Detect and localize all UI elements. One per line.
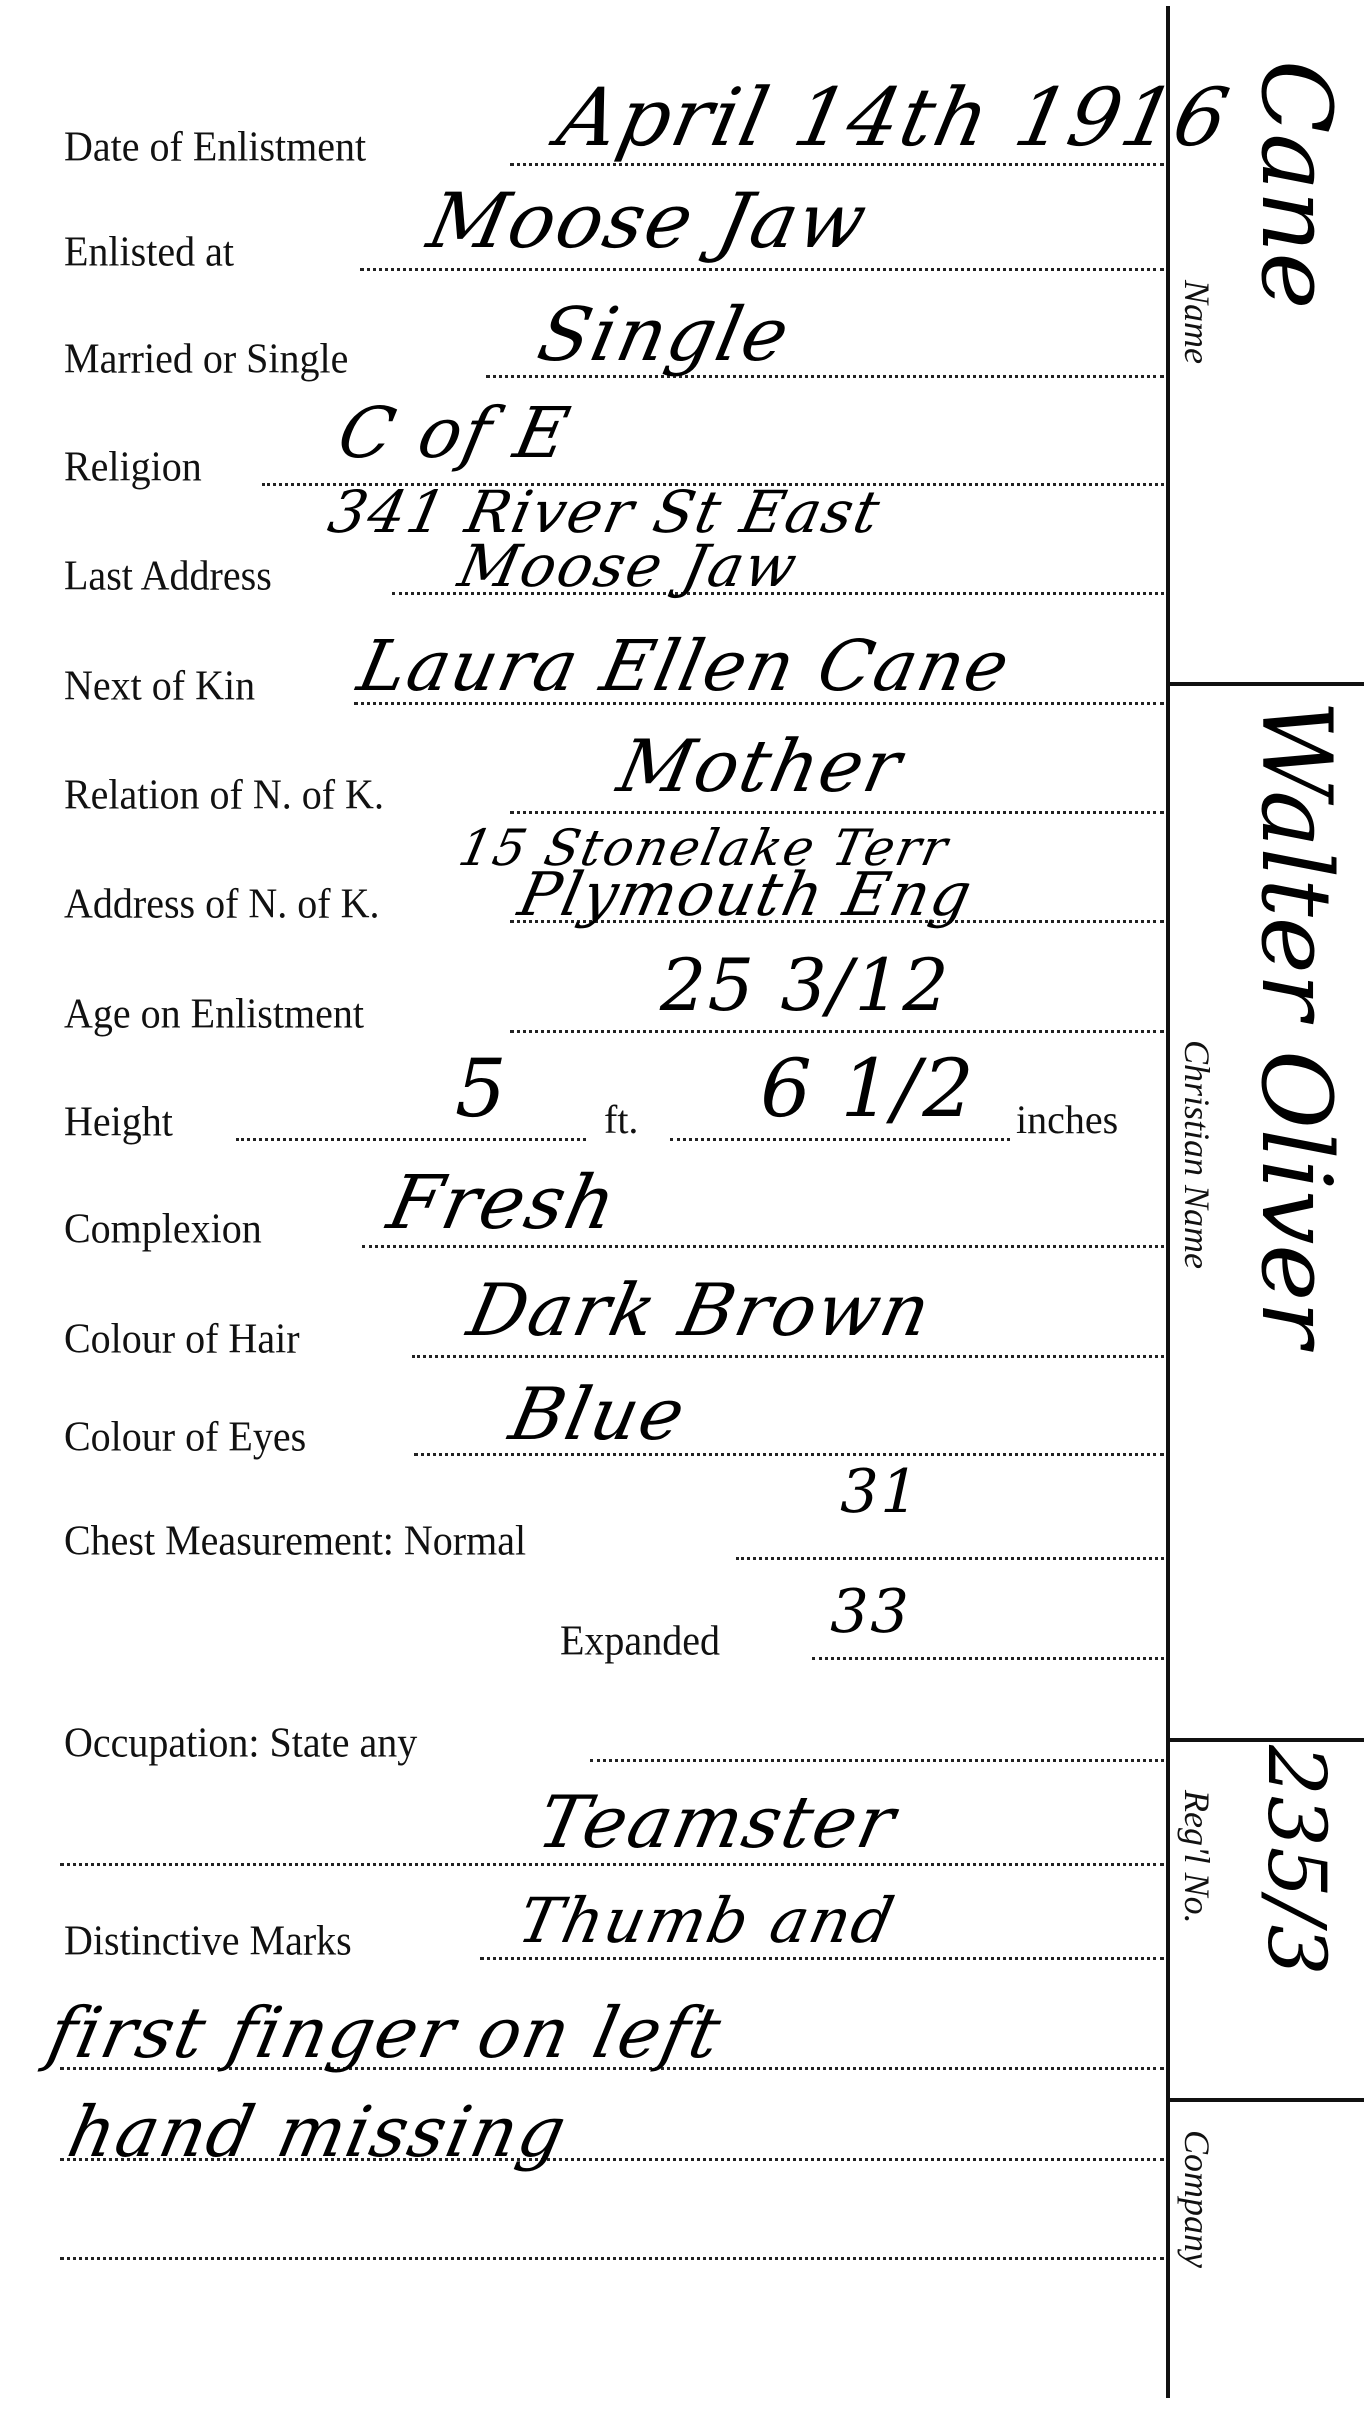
field-value: Mother: [612, 730, 909, 802]
field-label: Relation of N. of K.: [64, 774, 384, 816]
dotted-line: [412, 1355, 1164, 1358]
field-label: Next of Kin: [64, 665, 255, 707]
field-value: Laura Ellen Cane: [353, 631, 1017, 701]
sidebar-company-label: Company: [1176, 2130, 1218, 2268]
dotted-line: [480, 1957, 1164, 1960]
field-label: Distinctive Marks: [64, 1920, 352, 1962]
field-value: 31: [834, 1462, 927, 1522]
dotted-line: [360, 268, 1164, 271]
field-value: Plymouth Eng: [514, 865, 979, 925]
field-value: Moose Jaw: [454, 537, 804, 595]
field-value: 25 3/12: [652, 949, 957, 1021]
dotted-line: [590, 1759, 1164, 1762]
sidebar-separator-2: [1170, 1738, 1364, 1742]
field-label: Expanded: [560, 1620, 720, 1662]
field-value: Single: [532, 298, 797, 372]
dotted-line: [510, 1030, 1164, 1033]
sidebar-separator-1: [1170, 682, 1364, 686]
field-value: Dark Brown: [462, 1274, 938, 1346]
height-inches-value: 6 1/2: [751, 1049, 983, 1129]
dotted-line: [736, 1557, 1164, 1560]
field-label: Last Address: [64, 555, 272, 597]
sidebar-name-value: Cane: [1240, 60, 1352, 309]
field-label: Occupation: State any: [64, 1722, 417, 1764]
field-label: Religion: [64, 446, 202, 488]
field-label: Age on Enlistment: [64, 993, 364, 1035]
height-feet-value: 5: [446, 1049, 516, 1129]
field-label: Colour of Hair: [64, 1318, 300, 1360]
field-label: Complexion: [64, 1208, 262, 1250]
field-value: April 14th 1916: [551, 78, 1236, 158]
sidebar-name-label: Name: [1176, 280, 1218, 364]
dotted-line-feet: [236, 1138, 586, 1141]
height-inches-unit: inches: [1016, 1096, 1118, 1143]
field-value: Moose Jaw: [422, 183, 874, 259]
dotted-line: [510, 811, 1164, 814]
field-value: 33: [824, 1582, 917, 1642]
field-value: C of E: [333, 398, 577, 468]
field-label: Married or Single: [64, 338, 348, 380]
sidebar-christian-name-label: Christian Name: [1176, 1040, 1218, 1269]
sidebar-regl-no-value: 235/3: [1250, 1745, 1343, 1976]
field-label: Enlisted at: [64, 231, 234, 273]
field-value-line3: hand missing: [63, 2097, 574, 2167]
field-label: Chest Measurement: Normal: [64, 1520, 526, 1562]
sidebar-christian-name-value: Walter Oliver: [1240, 700, 1352, 1347]
height-feet-unit: ft.: [604, 1096, 638, 1143]
field-value: Blue: [504, 1378, 692, 1450]
field-label: Address of N. of K.: [64, 883, 380, 925]
sidebar-separator-3: [1170, 2098, 1364, 2102]
dotted-line: [812, 1657, 1164, 1660]
sidebar-divider: [1166, 6, 1170, 2398]
field-value-line2: first finger on left: [43, 1998, 729, 2068]
dotted-line: [60, 2257, 1164, 2260]
field-label: Date of Enlistment: [64, 126, 366, 168]
field-value: Teamster: [532, 1786, 902, 1858]
field-value: Fresh: [382, 1166, 624, 1240]
field-label: Height: [64, 1101, 173, 1143]
field-value: Thumb and: [513, 1890, 900, 1952]
dotted-line-inches: [670, 1138, 1010, 1141]
sidebar-regl-no-label: Reg'l No.: [1176, 1790, 1218, 1924]
field-label: Colour of Eyes: [64, 1416, 306, 1458]
